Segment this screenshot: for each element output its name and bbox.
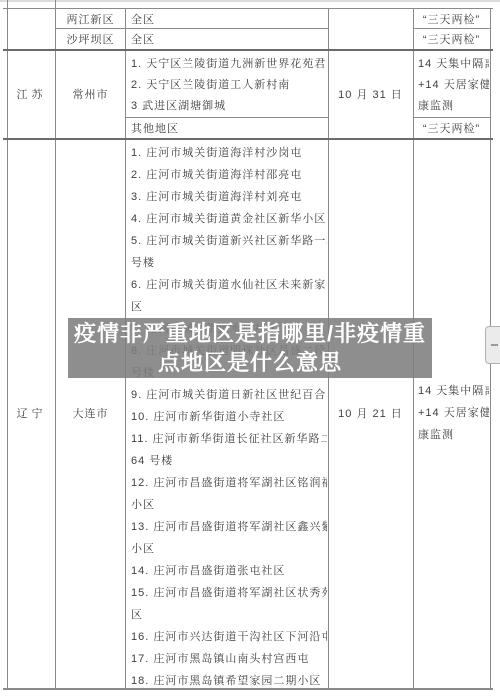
area-line: 4. 庄河市城关街道黄金社区新华小区 xyxy=(131,208,327,230)
area-line: 14. 庄河市昌盛街道张屯社区 xyxy=(131,560,327,582)
measure-line: 14 天集中隔离 xyxy=(418,380,489,402)
scope-cell: 全区 xyxy=(131,29,321,48)
overlay-title-line2: 点地区是什么意思 xyxy=(158,348,342,377)
measure-line: +14 天居家健 xyxy=(418,402,489,424)
screenshot-canvas: 两江新区 全区 “三天两检” 沙坪坝区 全区 “三天两检” 江苏 常州市 1. … xyxy=(0,0,500,698)
area-line: 5. 庄河市城关街道新兴社区新华路一段 22 xyxy=(131,230,327,252)
right-edge-handle[interactable] xyxy=(485,326,500,364)
area-line: 区 xyxy=(131,296,327,318)
area-line: 16. 庄河市兴达街道干沟社区下河沿屯 xyxy=(131,626,327,648)
area-line: 3 武进区湖塘御城 xyxy=(131,96,327,116)
measure-line: 康监测 xyxy=(418,424,489,446)
other-area-cell: 其他地区 xyxy=(131,118,327,137)
measure-line: 康监测 xyxy=(418,96,489,116)
area-line: 6. 庄河市城关街道水仙社区未来新家园小 xyxy=(131,274,327,296)
area-line: 17. 庄河市黑岛镇山南头村宫西屯 xyxy=(131,648,327,670)
area-line: 10. 庄河市新华街道小寺社区 xyxy=(131,406,327,428)
area-line: 12. 庄河市昌盛街道将军湖社区铭润福邸 xyxy=(131,472,327,494)
area-line: 1. 天宁区兰陵街道九洲新世界花苑君堡 xyxy=(131,54,327,75)
measure-list-liaoning: 14 天集中隔离+14 天居家健康监测 xyxy=(418,139,489,687)
areas-list-liaoning: 1. 庄河市城关街道海洋村沙岗屯2. 庄河市城关街道海洋村邵亮屯3. 庄河市城关… xyxy=(131,142,327,687)
other-measure-cell: “三天两检” xyxy=(414,118,489,137)
area-line: 11. 庄河市新华街道长征社区新华路二段 xyxy=(131,428,327,450)
date-cell-liaoning: 10 月 21 日 xyxy=(329,139,412,687)
area-line: 18. 庄河市黑岛镇希望家园二期小区 xyxy=(131,670,327,687)
measure-cell: “三天两检” xyxy=(414,29,489,48)
measure-list-jiangsu: 14 天集中隔离+14 天居家健康监测 xyxy=(418,54,489,116)
district-cell: 两江新区 xyxy=(56,9,125,28)
measure-line: 14 天集中隔离 xyxy=(418,54,489,75)
measure-cell: “三天两检” xyxy=(414,9,489,28)
province-cell-jiangsu: 江苏 xyxy=(8,50,55,137)
date-cell-jiangsu: 10 月 31 日 xyxy=(329,50,412,137)
province-cell-liaoning: 辽宁 xyxy=(8,139,55,687)
area-line: 3. 庄河市城关街道海洋村刘亮屯 xyxy=(131,186,327,208)
city-cell-changzhou: 常州市 xyxy=(56,50,125,137)
table-line-bottom xyxy=(3,688,493,690)
area-line: 号楼 xyxy=(131,252,327,274)
areas-list-jiangsu: 1. 天宁区兰陵街道九洲新世界花苑君堡2. 天宁区兰陵街道工人新村南3 武进区湖… xyxy=(131,54,327,116)
page-top-edge xyxy=(0,0,500,2)
handle-dash-icon xyxy=(491,344,498,346)
area-line: 小区 xyxy=(131,538,327,560)
area-line: 64 号楼 xyxy=(131,450,327,472)
overlay-title-line1: 疫情非严重地区是指哪里/非疫情重 xyxy=(74,319,426,348)
city-cell-dalian: 大连市 xyxy=(56,139,125,687)
scope-cell: 全区 xyxy=(131,9,321,28)
area-line: 9. 庄河市城关街道日新社区世纪百合小区 xyxy=(131,384,327,406)
measure-line: +14 天居家健 xyxy=(418,75,489,96)
area-line: 2. 天宁区兰陵街道工人新村南 xyxy=(131,75,327,96)
area-line: 1. 庄河市城关街道海洋村沙岗屯 xyxy=(131,142,327,164)
area-line: 区 xyxy=(131,604,327,626)
area-line: 13. 庄河市昌盛街道将军湖社区鑫兴紫郡 xyxy=(131,516,327,538)
district-cell: 沙坪坝区 xyxy=(56,29,125,48)
area-line: 小区 xyxy=(131,494,327,516)
title-overlay-banner: 疫情非严重地区是指哪里/非疫情重 点地区是什么意思 xyxy=(68,318,432,378)
area-line: 2. 庄河市城关街道海洋村邵亮屯 xyxy=(131,164,327,186)
area-line: 15. 庄河市昌盛街道将军湖社区状秀苑小 xyxy=(131,582,327,604)
